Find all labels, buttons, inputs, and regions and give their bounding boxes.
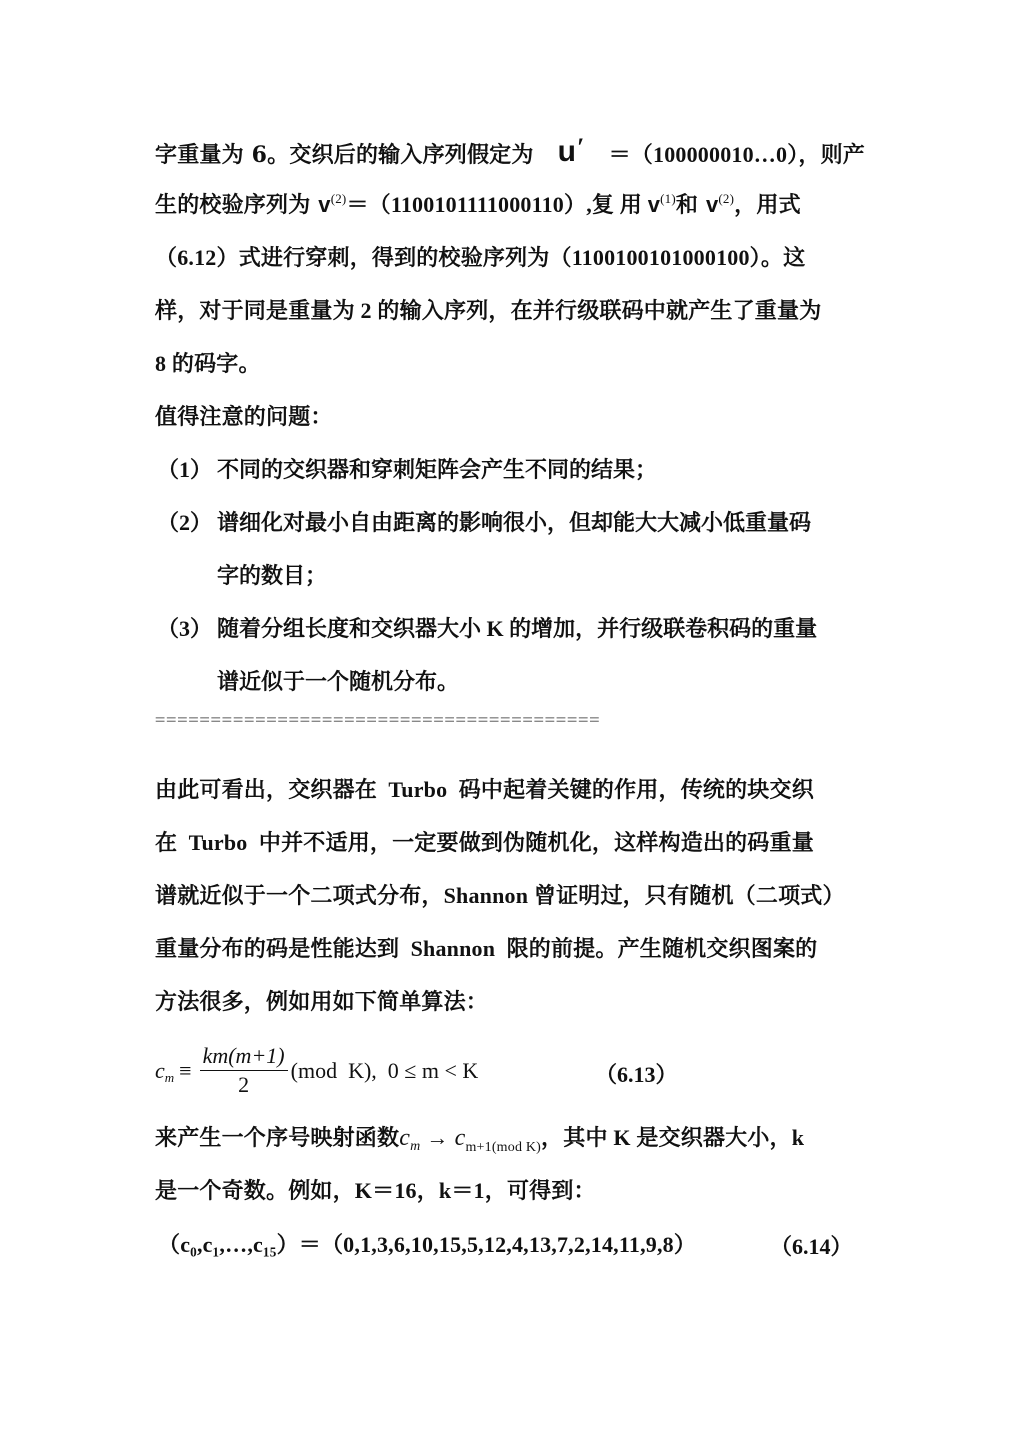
math-text: (mod K), 0 ≤ m < K: [291, 1058, 479, 1084]
math-var: c: [155, 1058, 165, 1084]
math-operator: ≡: [179, 1058, 191, 1084]
superscript: (1): [660, 191, 676, 206]
math-subscript: m+1(mod K): [465, 1140, 541, 1155]
separator-line: ========================================: [155, 710, 855, 730]
note-item-text: 谱细化对最小自由距离的影响很小，但却能大大减小低重量码: [217, 508, 865, 538]
equation-number: （6.13）: [595, 1058, 678, 1089]
math-var: c: [455, 1125, 466, 1151]
paragraph1-line2: 生的校验序列为 v(2)＝（1100101111000110）,复 用 v(1)…: [155, 190, 865, 220]
text: 来产生一个序号映射函数: [155, 1125, 399, 1151]
math-var: c: [399, 1125, 410, 1151]
v-symbol: v: [706, 192, 718, 217]
paragraph2-line: 重量分布的码是性能达到 Shannon 限的前提。产生随机交织图案的: [155, 934, 865, 964]
text: 生的校验序列为: [155, 192, 318, 218]
paragraph1-line5: 8 的码字。: [155, 349, 865, 379]
paragraph3-line2: 是一个奇数。例如，K＝16，k＝1，可得到：: [155, 1176, 865, 1206]
text: ，其中 K 是交织器大小，k: [541, 1125, 804, 1150]
equation-number: （6.14）: [770, 1230, 853, 1261]
paragraph1-line1: 字重量为 6。交织后的输入序列假定为 u′ ＝（100000010…0），则产: [155, 140, 865, 172]
note-item-text: 不同的交织器和穿刺矩阵会产生不同的结果；: [217, 455, 865, 485]
math-subscript: m: [410, 1139, 420, 1154]
text: 和: [676, 192, 706, 218]
text: ＝（1100101111000110）,复 用: [346, 192, 647, 217]
note-item-text: 随着分组长度和交织器大小 K 的增加，并行级联卷积码的重量: [217, 614, 865, 644]
formula-6-13: cm ≡ km(m+1) 2 (mod K), 0 ≤ m < K: [155, 1040, 478, 1102]
note-item-text: 谱近似于一个随机分布。: [217, 667, 865, 697]
formula-6-14: （c₀,c₁,…,c₁₅）＝（0,1,3,6,10,15,5,12,4,13,7…: [158, 1230, 868, 1260]
paragraph2-line: 谱就近似于一个二项式分布，Shannon 曾证明过，只有随机（二项式）: [155, 881, 865, 911]
note-item-text: 字的数目；: [217, 561, 865, 591]
math-subscript: m: [165, 1070, 174, 1086]
notes-heading: 值得注意的问题：: [155, 402, 865, 432]
paragraph2-line: 方法很多，例如用如下简单算法：: [155, 987, 865, 1017]
paragraph1-line3: （6.12）式进行穿刺，得到的校验序列为（1100100101000100）。这: [155, 243, 865, 273]
fraction: km(m+1) 2: [200, 1043, 288, 1099]
fraction-numerator: km(m+1): [200, 1043, 288, 1071]
paragraph1-line4: 样，对于同是重量为 2 的输入序列，在并行级联码中就产生了重量为: [155, 296, 865, 326]
paragraph2-line: 在 Turbo 中并不适用，一定要做到伪随机化，这样构造出的码重量: [155, 828, 865, 858]
note-item-label: （1）: [157, 455, 212, 485]
v-symbol: v: [318, 192, 330, 217]
text: ，用式: [734, 192, 801, 218]
u-prime-symbol: u′: [558, 140, 585, 172]
note-item-label: （3）: [157, 614, 212, 644]
superscript: (2): [718, 191, 734, 206]
arrow-icon: →: [426, 1125, 448, 1150]
v-symbol: v: [648, 192, 660, 217]
text: 字重量为 6。交织后的输入序列假定为: [155, 140, 534, 172]
superscript: (2): [331, 191, 347, 206]
text: ＝（100000010…0），则产: [609, 140, 865, 172]
document-page: 字重量为 6。交织后的输入序列假定为 u′ ＝（100000010…0），则产 …: [0, 0, 1019, 1440]
note-item-label: （2）: [157, 508, 212, 538]
paragraph2-line: 由此可看出，交织器在 Turbo 码中起着关键的作用，传统的块交织: [155, 775, 865, 805]
paragraph3-line1: 来产生一个序号映射函数cm→cm+1(mod K)，其中 K 是交织器大小，k: [155, 1123, 865, 1157]
fraction-denominator: 2: [238, 1071, 249, 1099]
